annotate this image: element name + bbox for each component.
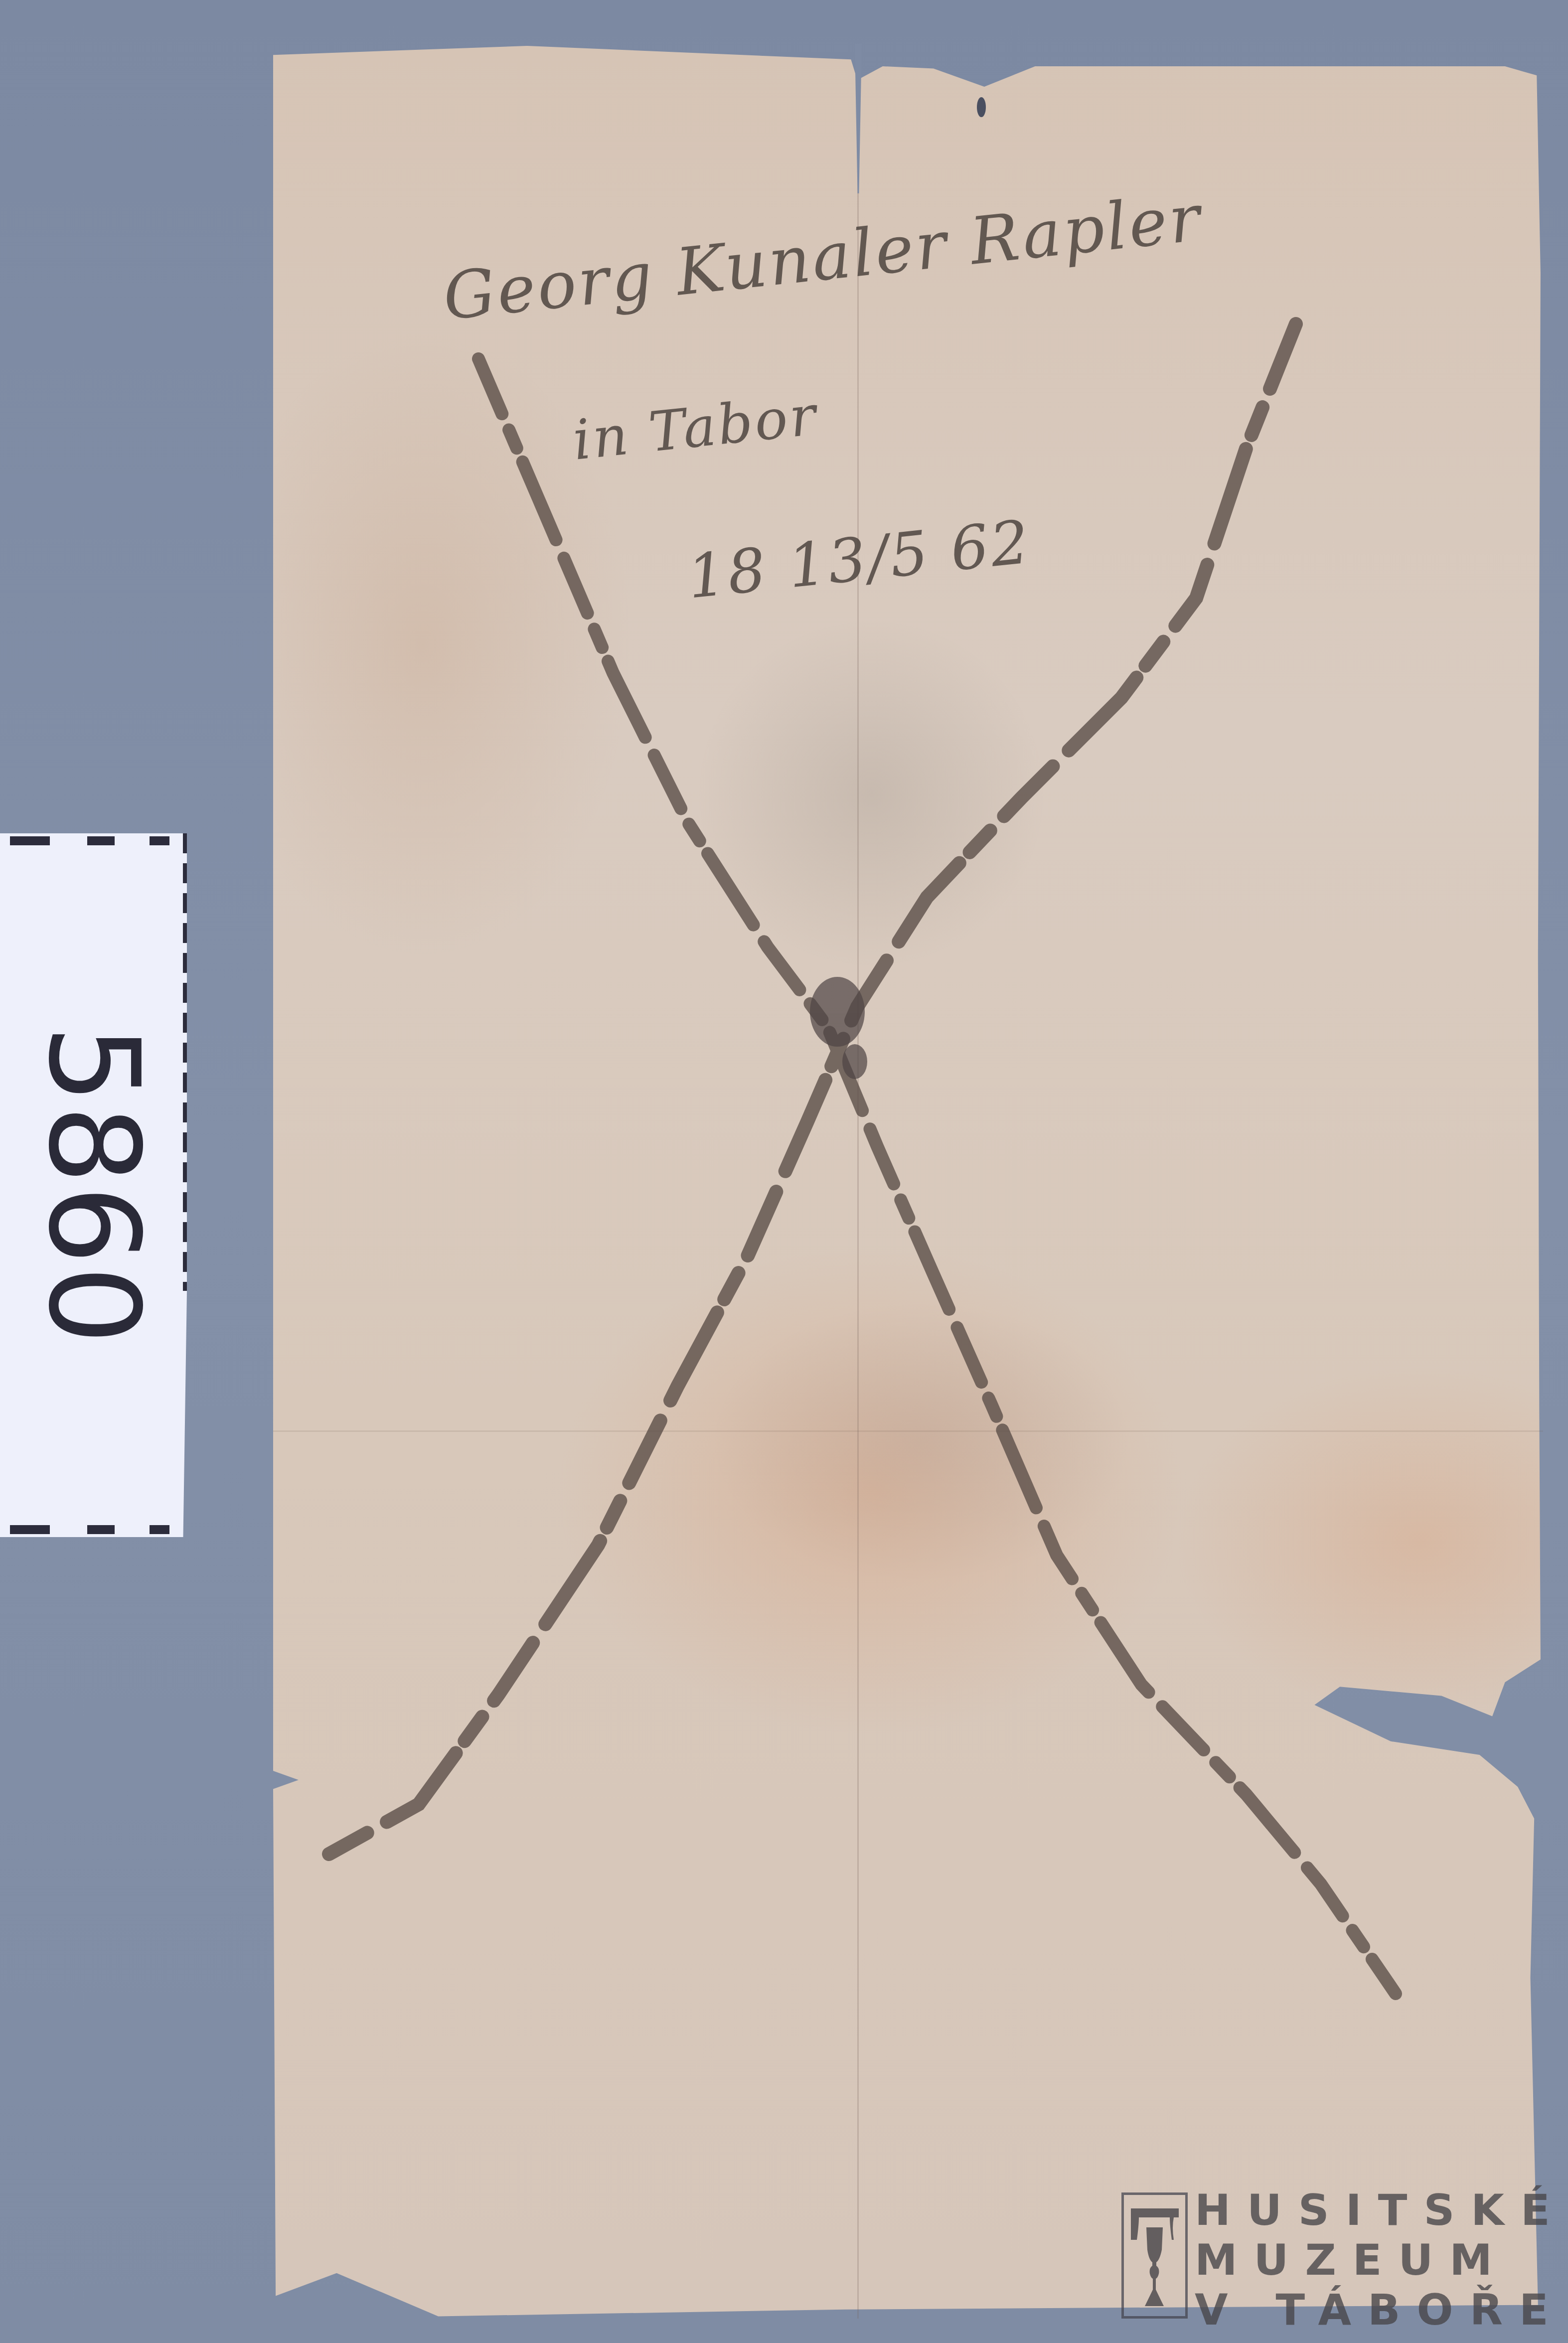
catalog-label: 5860 (0, 833, 187, 1537)
catalog-number: 5860 (21, 1025, 166, 1346)
chalice-icon (1124, 2195, 1185, 2316)
watermark-line-3: V TÁBOŘE (1195, 2285, 1567, 2335)
ink-x-mark (0, 0, 1568, 2343)
watermark-line-1: HUSITSKÉ (1195, 2186, 1567, 2235)
watermark-line-2: MUZEUM (1195, 2235, 1567, 2285)
label-dashed-border-bottom (0, 1525, 187, 1534)
label-dashed-border-top (0, 836, 187, 845)
museum-logo-frame (1121, 2192, 1188, 2319)
label-dashed-border-right (183, 833, 187, 1291)
museum-watermark-text: HUSITSKÉ MUZEUM V TÁBOŘE (1195, 2186, 1567, 2335)
